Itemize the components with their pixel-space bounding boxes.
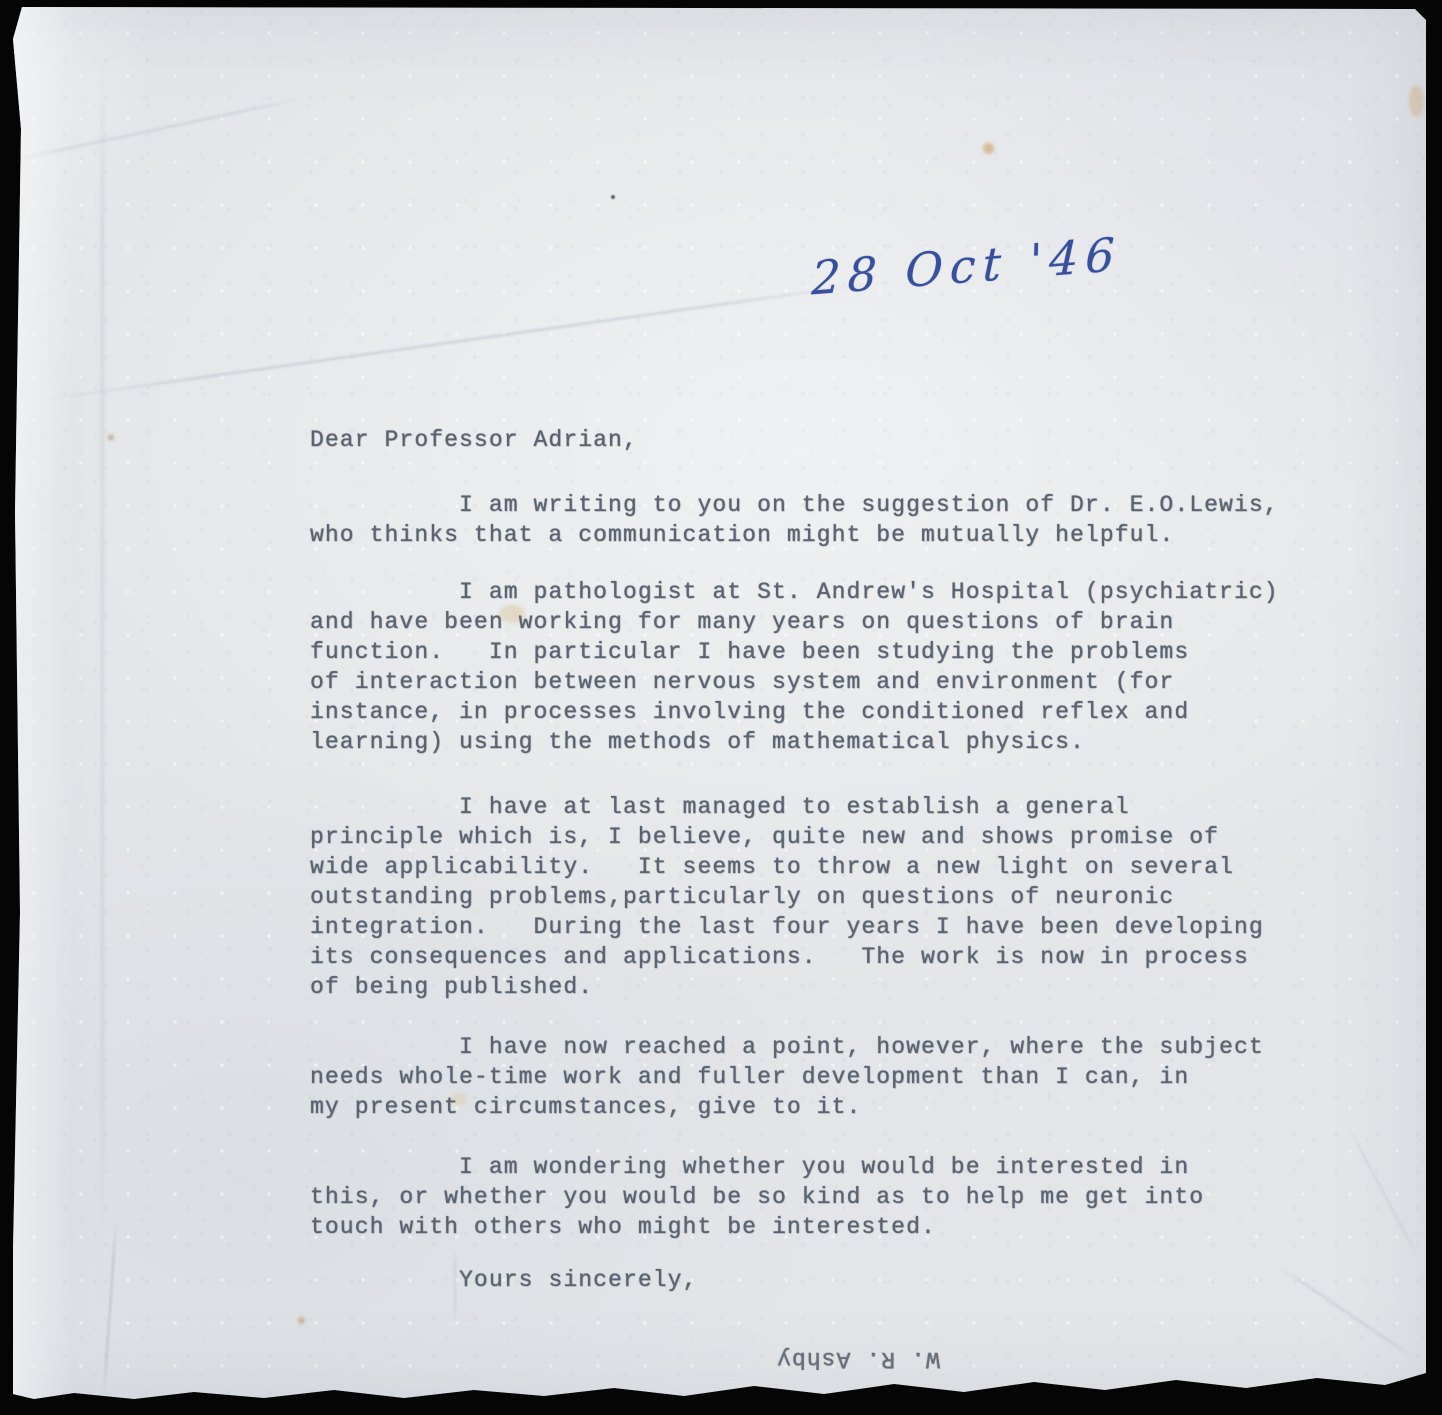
stain-mark [298, 1317, 305, 1324]
crease-mark [41, 281, 883, 401]
paragraph-5: I am wondering whether you would be inte… [310, 1152, 1400, 1242]
stain-mark [983, 143, 994, 154]
paragraph-3: I have at last managed to establish a ge… [310, 792, 1400, 1002]
salutation: Dear Professor Adrian, [310, 425, 1400, 455]
handwritten-date: 28 Oct '46 [811, 226, 1151, 305]
paper-edge-highlight [13, 7, 108, 1402]
signature-upside-down: W. R. Ashby [763, 1344, 953, 1374]
paragraph-1: I am writing to you on the suggestion of… [310, 490, 1400, 550]
paragraph-4: I have now reached a point, however, whe… [310, 1032, 1400, 1122]
stain-mark [611, 195, 615, 199]
paragraph-2: I am pathologist at St. Andrew's Hospita… [310, 577, 1400, 757]
scan-background: 28 Oct '46 Dear Professor Adrian, I am w… [0, 0, 1442, 1415]
paper-edge-crease [101, 47, 104, 1247]
letter-paper: 28 Oct '46 Dear Professor Adrian, I am w… [13, 7, 1426, 1402]
stain-mark [108, 435, 114, 440]
stain-mark [1409, 85, 1424, 117]
closing: Yours sincerely, [310, 1265, 1400, 1295]
